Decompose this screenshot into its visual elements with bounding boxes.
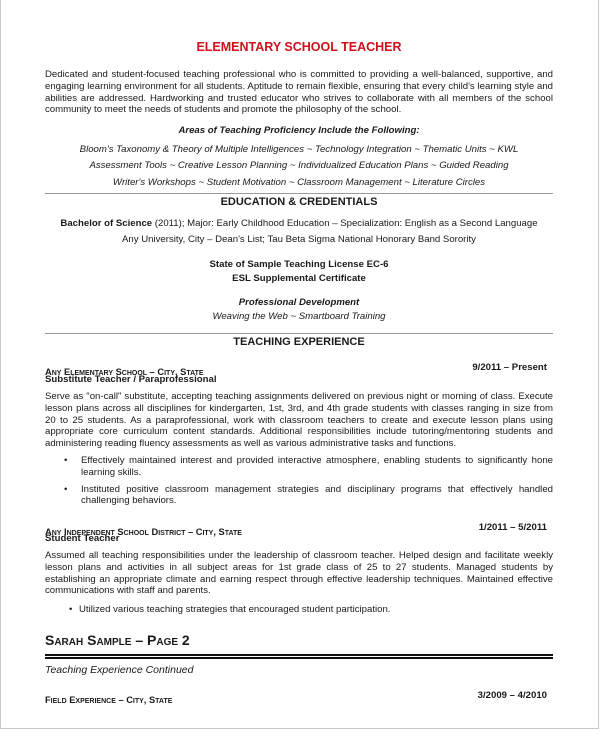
- job-title: Student Teacher: [45, 533, 553, 544]
- proficiency-line: Assessment Tools ~ Creative Lesson Plann…: [45, 160, 553, 171]
- proficiency-line: Writer's Workshops ~ Student Motivation …: [45, 177, 553, 188]
- job-dates: 9/2011 – Present: [472, 362, 547, 373]
- job-description: Assumed all teaching responsibilities un…: [45, 550, 553, 597]
- section-divider: [45, 193, 553, 194]
- bullet-icon: •: [69, 604, 72, 616]
- professional-summary: Dedicated and student-focused teaching p…: [45, 69, 553, 116]
- job-organization: Field Experience – City, State: [45, 695, 172, 705]
- list-item: •Effectively maintained interest and pro…: [45, 455, 553, 479]
- prof-dev-items: Weaving the Web ~ Smartboard Training: [45, 311, 553, 322]
- job-dates: 1/2011 – 5/2011: [479, 522, 547, 533]
- list-item: •Utilized various teaching strategies th…: [45, 604, 553, 616]
- job-title: Substitute Teacher / Paraprofessional: [45, 374, 553, 385]
- job-bullets: •Utilized various teaching strategies th…: [45, 604, 553, 621]
- continued-label: Teaching Experience Continued: [45, 664, 553, 676]
- page2-heading: Sarah Sample – Page 2: [45, 632, 553, 648]
- bullet-icon: •: [64, 484, 67, 496]
- degree-details: (2011); Major: Early Childhood Education…: [152, 218, 537, 229]
- degree-name: Bachelor of Science: [60, 218, 152, 229]
- section-divider: [45, 333, 553, 334]
- job-header: Field Experience – City, State 3/2009 – …: [45, 690, 553, 708]
- job-description: Serve as "on-call" substitute, accepting…: [45, 391, 553, 450]
- education-heading: EDUCATION & CREDENTIALS: [45, 196, 553, 208]
- job-bullets: •Effectively maintained interest and pro…: [45, 455, 553, 512]
- degree-line: Bachelor of Science (2011); Major: Early…: [45, 218, 553, 229]
- experience-heading: TEACHING EXPERIENCE: [45, 336, 553, 348]
- proficiency-line: Bloom's Taxonomy & Theory of Multiple In…: [45, 144, 553, 155]
- bullet-icon: •: [64, 455, 67, 467]
- resume-title: ELEMENTARY SCHOOL TEACHER: [45, 40, 553, 54]
- license-line: State of Sample Teaching License EC-6: [45, 259, 553, 270]
- list-item: •Instituted positive classroom managemen…: [45, 484, 553, 508]
- prof-dev-heading: Professional Development: [45, 297, 553, 308]
- certificate-line: ESL Supplemental Certificate: [45, 273, 553, 284]
- proficiency-heading: Areas of Teaching Proficiency Include th…: [45, 125, 553, 136]
- double-rule: [45, 654, 553, 659]
- job-dates: 3/2009 – 4/2010: [478, 690, 547, 701]
- school-line: Any University, City – Dean's List; Tau …: [45, 234, 553, 245]
- resume-page: ELEMENTARY SCHOOL TEACHER Dedicated and …: [0, 0, 599, 729]
